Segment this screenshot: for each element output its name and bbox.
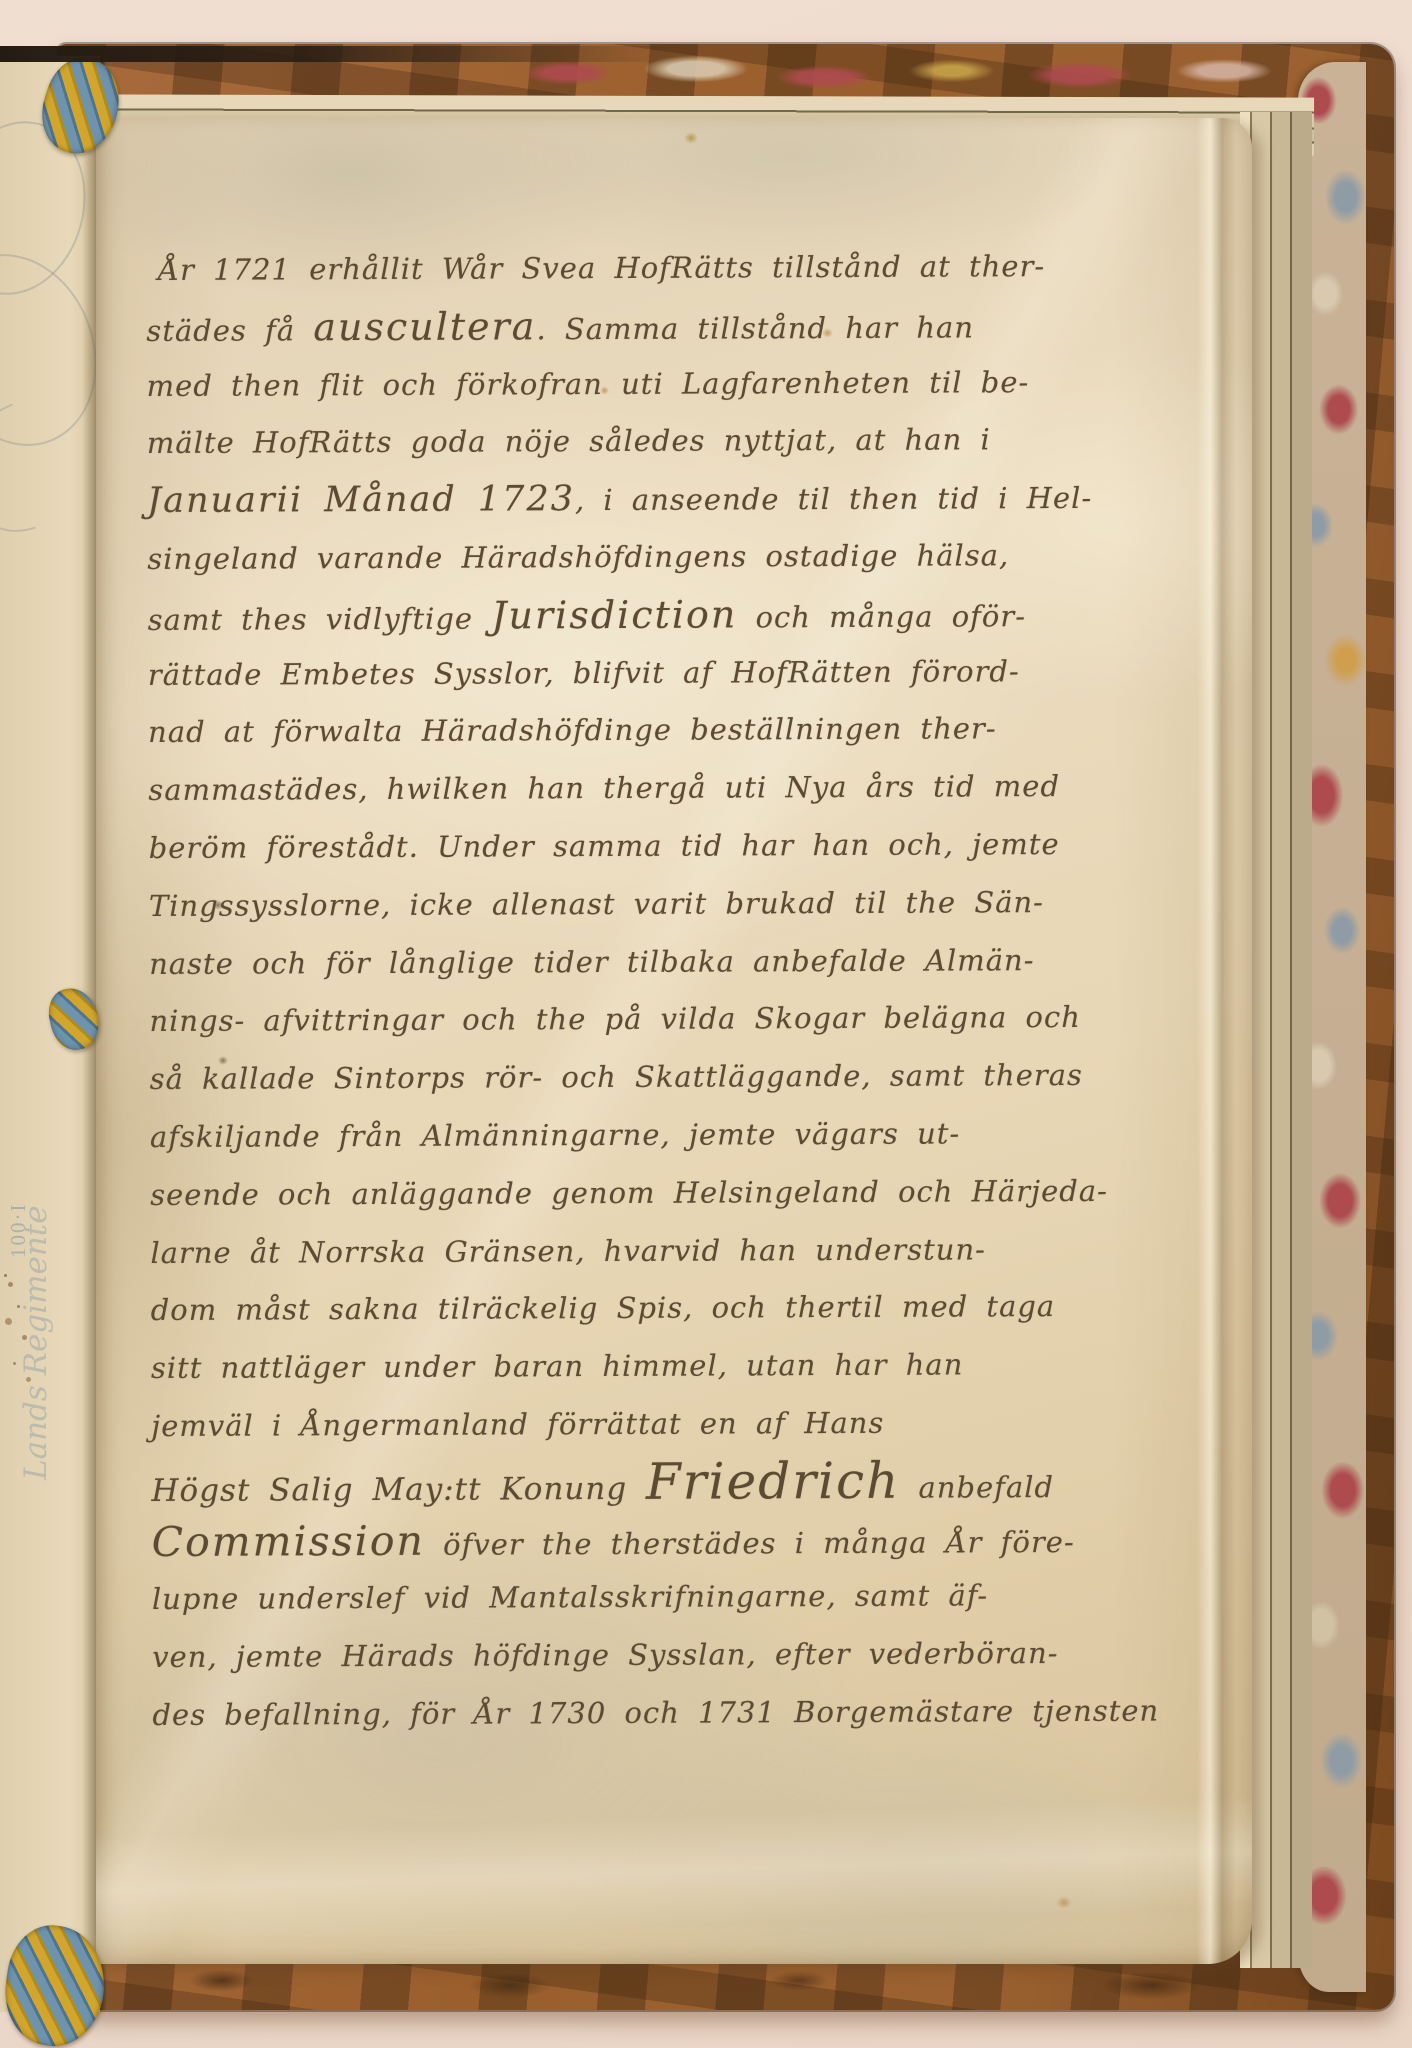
manuscript-line: seende och anläggande genom Helsingeland… <box>150 1162 1230 1225</box>
emphasized-word: Friedrich <box>646 1451 901 1510</box>
handwritten-text: Tingssysslorne, icke allenast varit bruk… <box>149 885 1044 923</box>
rotated-script-fragment: Lands Regimente <box>18 1205 54 1480</box>
manuscript-line: ven, jemte Härads höfdinge Sysslan, efte… <box>152 1624 1232 1687</box>
handwritten-text: rättade Embetes Sysslor, blifvit af HofR… <box>148 654 1020 692</box>
emphasized-word: Jurisdiction <box>491 592 737 637</box>
handwritten-text: afskiljande från Almänningarne, jemte vä… <box>150 1116 960 1154</box>
handwritten-text: jemväl i Ångermanland förrättat en af Ha… <box>151 1406 884 1443</box>
handwritten-text: med then flit och förkofran uti Lagfaren… <box>147 365 1030 403</box>
foxing-spot <box>684 132 698 144</box>
manuscript-line: sitt nattläger under baran himmel, utan … <box>151 1335 1231 1398</box>
handwritten-text: sammastädes, hwilken han thergå uti Nya … <box>148 769 1060 807</box>
handwritten-text: dom måst sakna tilräckelig Spis, och the… <box>151 1289 1056 1327</box>
manuscript-line: Högst Salig May:tt Konung Friedrich anbe… <box>151 1451 1231 1514</box>
manuscript-line: så kallade Sintorps rör- och Skattläggan… <box>150 1046 1230 1109</box>
manuscript-line: larne åt Norrska Gränsen, hvarvid han un… <box>150 1220 1230 1283</box>
handwritten-text: ven, jemte Härads höfdinge Sysslan, efte… <box>152 1636 1058 1674</box>
emphasized-word: Januarii Månad 1723 <box>147 479 575 521</box>
handwritten-text: lupne underslef vid Mantalsskrifningarne… <box>152 1579 988 1617</box>
manuscript-lines: År 1721 erhållit Wår Svea HofRätts tills… <box>146 237 1233 1744</box>
manuscript-line: naste och för långlige tider tilbaka anb… <box>149 931 1229 994</box>
manuscript-line: nings- afvittringar och the på vilda Sko… <box>149 989 1229 1052</box>
manuscript-line: Tingssysslorne, icke allenast varit bruk… <box>149 873 1229 936</box>
handwritten-text: så kallade Sintorps rör- och Skattläggan… <box>150 1058 1083 1096</box>
emphasized-word: Högst Salig May:tt Konung <box>151 1471 646 1509</box>
manuscript-line: des befallning, för År 1730 och 1731 Bor… <box>152 1682 1232 1745</box>
handwritten-text: anbefald <box>900 1470 1054 1505</box>
manuscript-line: Commission öfver the therstädes i många … <box>152 1509 1232 1572</box>
emphasized-word: auscultera <box>313 304 536 349</box>
manuscript-line: med then flit och förkofran uti Lagfaren… <box>147 353 1227 416</box>
handwritten-text: . Samma tillstånd har han <box>536 310 974 346</box>
manuscript-line: rättade Embetes Sysslor, blifvit af HofR… <box>148 642 1228 705</box>
handwritten-text: samt thes vidlyftige <box>148 601 492 636</box>
handwritten-text: , i anseende til then tid i Hel- <box>575 481 1092 517</box>
manuscript-line: nad at förwalta Häradshöfdinge beställni… <box>148 700 1228 763</box>
leather-bottom-wear-marks <box>96 1958 1352 2008</box>
handwritten-text: larne åt Norrska Gränsen, hvarvid han un… <box>150 1232 986 1270</box>
handwritten-text: öfver the therstädes i många År före- <box>425 1524 1075 1561</box>
handwritten-text: seende och anläggande genom Helsingeland… <box>150 1174 1108 1212</box>
handwritten-text: sitt nattläger under baran himmel, utan … <box>151 1348 964 1386</box>
handwritten-text: och många oför- <box>737 599 1026 634</box>
manuscript-line: beröm förestådt. Under samma tid har han… <box>149 815 1229 878</box>
manuscript-line: dom måst sakna tilräckelig Spis, och the… <box>151 1278 1231 1341</box>
cover-top-shadow <box>0 46 680 62</box>
manuscript-line: mälte HofRätts goda nöje således nyttjat… <box>147 411 1227 474</box>
manuscript-line: lupne underslef vid Mantalsskrifningarne… <box>152 1567 1232 1630</box>
handwritten-text: städes få <box>146 313 313 348</box>
ink-speckles <box>4 1274 7 1277</box>
manuscript-line: Januarii Månad 1723, i anseende til then… <box>147 468 1227 531</box>
handwritten-text: År 1721 erhållit Wår Svea HofRätts tills… <box>158 249 1045 287</box>
emphasized-word: Commission <box>152 1516 425 1565</box>
handwritten-text: beröm förestådt. Under samma tid har han… <box>149 827 1060 865</box>
foxing-spot <box>1056 1896 1072 1909</box>
manuscript-line: städes få auscultera. Samma tillstånd ha… <box>146 295 1226 358</box>
handwritten-text: des befallning, för År 1730 och 1731 Bor… <box>152 1694 1159 1732</box>
handwritten-text: naste och för långlige tider tilbaka anb… <box>149 943 1034 981</box>
manuscript-line: singeland varande Häradshöfdingens ostad… <box>147 526 1227 589</box>
handwritten-text: singeland varande Häradshöfdingens ostad… <box>147 538 1009 576</box>
manuscript-line: År 1721 erhållit Wår Svea HofRätts tills… <box>146 237 1226 300</box>
manuscript-line: samt thes vidlyftige Jurisdiction och må… <box>148 584 1228 647</box>
book-scan: 100·I Lands Regimente År 1721 erhållit W… <box>0 0 1412 2048</box>
handwritten-text: nad at förwalta Häradshöfdinge beställni… <box>148 712 997 750</box>
manuscript-line: afskiljande från Almänningarne, jemte vä… <box>150 1104 1230 1167</box>
manuscript-line: jemväl i Ångermanland förrättat en af Ha… <box>151 1393 1231 1456</box>
handwritten-text: mälte HofRätts goda nöje således nyttjat… <box>147 423 991 461</box>
manuscript-line: sammastädes, hwilken han thergå uti Nya … <box>148 757 1228 820</box>
handwritten-text: nings- afvittringar och the på vilda Sko… <box>149 1000 1081 1038</box>
